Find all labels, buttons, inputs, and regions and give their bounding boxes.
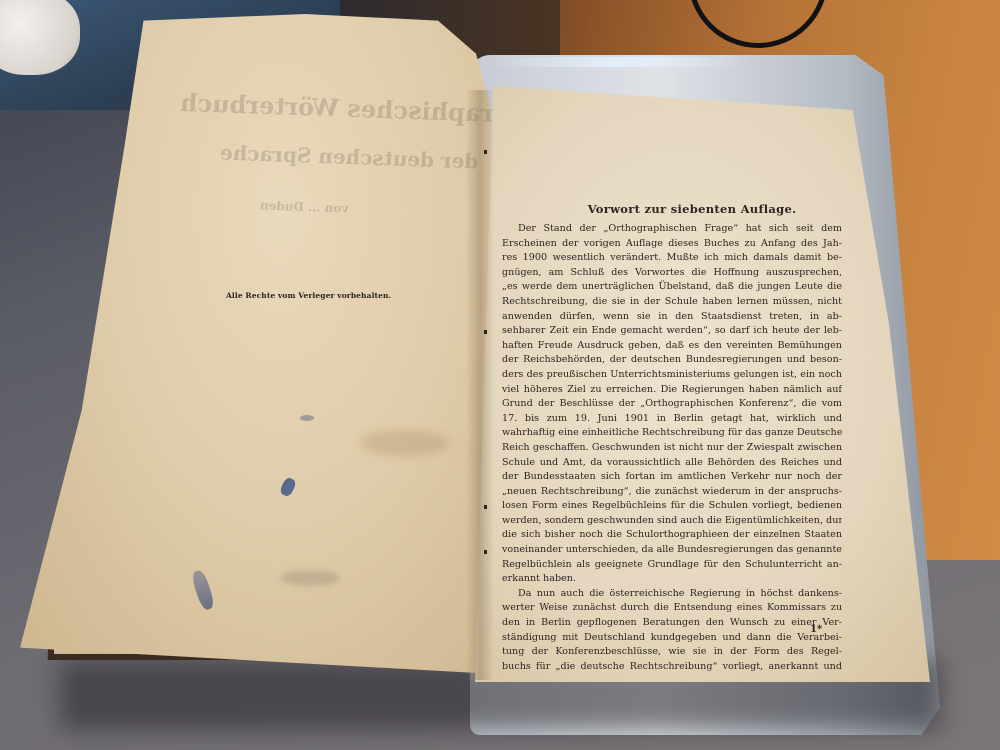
preface-text: Vorwort zur siebenten Auflage. Der Stand…: [502, 202, 842, 674]
text-line: voneinander unterschieden, da alle Bunde…: [502, 543, 842, 558]
text-line: ständigung mit Deutschland kundgegeben u…: [502, 631, 842, 646]
text-line: buchs für „die deutsche Rechtschreibung“…: [502, 660, 842, 675]
text-line: 17. bis zum 19. Juni 1901 in Berlin geta…: [502, 412, 842, 427]
text-line: Der Stand der „Orthographischen Frage“ h…: [502, 222, 842, 237]
ink-mark: [300, 415, 314, 421]
preface-heading: Vorwort zur siebenten Auflage.: [502, 202, 842, 216]
binding-stitch: [484, 550, 487, 554]
text-line: sehbarer Zeit ein Ende gemacht werden“, …: [502, 324, 842, 339]
text-line: „es werde dem unerträglichen Übelstand, …: [502, 280, 842, 295]
text-line: Regelbüchlein als geeignete Grundlage fü…: [502, 558, 842, 573]
text-line: Rechtschreibung, die sie in der Schule h…: [502, 295, 842, 310]
page-number: 1*: [810, 624, 822, 635]
text-line: losen Form eines Regelbüchleins für die …: [502, 499, 842, 514]
laptop-highlight: [490, 57, 750, 67]
text-line: „neuen Rechtschreibung“, die zunächst wi…: [502, 485, 842, 500]
binding-stitch: [484, 150, 487, 154]
text-line: ders des preußischen Unterrichtsminister…: [502, 368, 842, 383]
paragraph: Der Stand der „Orthographischen Frage“ h…: [502, 222, 842, 587]
text-line: Erscheinen der vorigen Auflage dieses Bu…: [502, 237, 842, 252]
text-line: gnügen, am Schluß des Vorwortes die Hoff…: [502, 266, 842, 281]
text-line: tung der Konferenzbeschlüsse, wie sie in…: [502, 645, 842, 660]
text-line: Grund der Beschlüsse der „Orthographisch…: [502, 397, 842, 412]
text-line: der Reichsbehörden, der deutschen Bundes…: [502, 353, 842, 368]
text-line: Reich geschaffen. Geschwunden ist nicht …: [502, 441, 842, 456]
text-line: den in Berlin gepflogenen Beratungen den…: [502, 616, 842, 631]
water-stain: [280, 570, 340, 586]
text-line: erkannt haben.: [502, 572, 842, 587]
rights-notice: Alle Rechte vom Verleger vorbehalten.: [226, 291, 391, 300]
book-gutter: [466, 90, 494, 680]
text-line: werter Weise zunächst durch die Entsendu…: [502, 601, 842, 616]
text-line: der Bundesstaaten sich fortan im amtlich…: [502, 470, 842, 485]
water-stain: [360, 430, 450, 456]
text-line: wahrhaftig eine einheitliche Rechtschrei…: [502, 426, 842, 441]
text-line: res 1900 wesentlich verändert. Mußte ich…: [502, 251, 842, 266]
text-line: anwenden dürfen, wenn sie in den Staatsd…: [502, 310, 842, 325]
binding-stitch: [484, 505, 487, 509]
paragraph: Da nun auch die österreichische Regierun…: [502, 587, 842, 675]
text-line: Schule und Amt, da voraussichtlich alle …: [502, 456, 842, 471]
text-line: die sich bisher noch die Schulorthograph…: [502, 528, 842, 543]
text-line: haften Freude Ausdruck geben, daß es den…: [502, 339, 842, 354]
binding-stitch: [484, 330, 487, 334]
text-line: Da nun auch die österreichische Regierun…: [502, 587, 842, 602]
text-line: viel höheres Ziel zu erreichen. Die Regi…: [502, 383, 842, 398]
text-line: werden, sondern geschwunden sind auch di…: [502, 514, 842, 529]
